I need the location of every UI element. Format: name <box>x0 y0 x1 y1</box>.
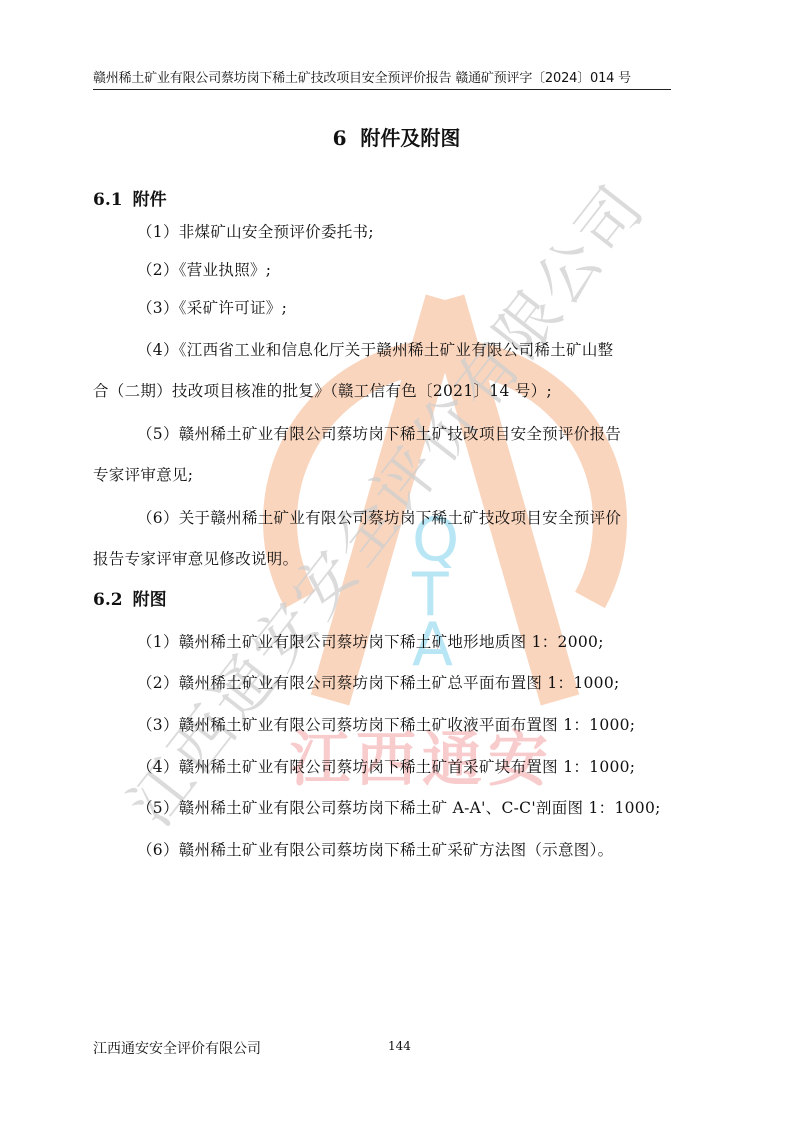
section-number: 6.1 <box>93 190 123 210</box>
drawing-item: （6）赣州稀土矿业有限公司蔡坊岗下稀土矿采矿方法图（示意图）。 <box>137 839 613 861</box>
section-heading-drawings: 6.2附图 <box>93 588 167 612</box>
attachment-item: （4）《江西省工业和信息化厅关于赣州稀土矿业有限公司稀土矿山整 <box>137 339 613 361</box>
attachment-item: （5）赣州稀土矿业有限公司蔡坊岗下稀土矿技改项目安全预评价报告 <box>137 423 621 445</box>
attachment-item-continued: 专家评审意见; <box>93 464 193 486</box>
footer-company: 江西通安安全评价有限公司 <box>93 1038 261 1058</box>
section-title: 附图 <box>133 590 167 610</box>
running-header: 赣州稀土矿业有限公司蔡坊岗下稀土矿技改项目安全预评价报告 赣通矿预评字〔2024… <box>93 70 671 90</box>
section-heading-attachments: 6.1附件 <box>93 188 167 212</box>
attachment-item: （2）《营业执照》; <box>137 259 271 281</box>
drawing-item: （4）赣州稀土矿业有限公司蔡坊岗下稀土矿首采矿块布置图 1：1000; <box>137 756 635 778</box>
attachment-item-continued: 合（二期）技改项目核准的批复》（赣工信有色〔2021〕14 号）; <box>93 380 552 402</box>
document-page: Q T A 江西通安 江西通安安全评价有限公司 赣州稀土矿业有限公司蔡坊岗下稀土… <box>0 0 793 1122</box>
attachment-item: （6）关于赣州稀土矿业有限公司蔡坊岗下稀土矿技改项目安全预评价 <box>137 507 621 529</box>
page-number: 144 <box>388 1039 411 1053</box>
section-number: 6.2 <box>93 590 123 610</box>
attachment-item: （1）非煤矿山安全预评价委托书; <box>137 221 374 243</box>
drawing-item: （3）赣州稀土矿业有限公司蔡坊岗下稀土矿收液平面布置图 1：1000; <box>137 714 635 736</box>
attachment-item: （3）《采矿许可证》; <box>137 297 287 319</box>
attachment-item-continued: 报告专家评审意见修改说明。 <box>93 548 298 570</box>
drawing-item: （1）赣州稀土矿业有限公司蔡坊岗下稀土矿地形地质图 1：2000; <box>137 631 604 653</box>
drawing-item: （2）赣州稀土矿业有限公司蔡坊岗下稀土矿总平面布置图 1：1000; <box>137 672 620 694</box>
chapter-title-text: 附件及附图 <box>360 126 460 150</box>
section-title: 附件 <box>133 190 167 210</box>
chapter-number: 6 <box>333 126 347 150</box>
drawing-item: （5）赣州稀土矿业有限公司蔡坊岗下稀土矿 A-A'、C-C'剖面图 1：1000… <box>137 797 661 819</box>
chapter-title: 6 附件及附图 <box>0 124 793 152</box>
